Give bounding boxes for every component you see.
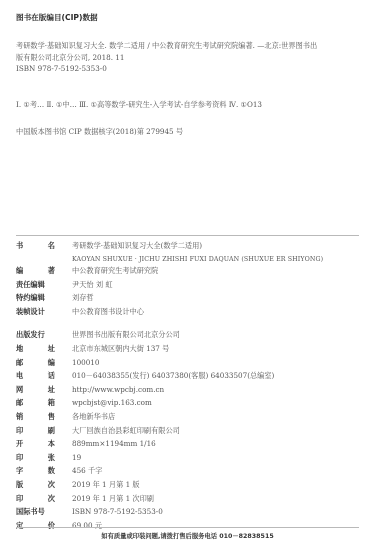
publication-metadata: 书名考研数学·基础知识复习大全(数学二适用)KAOYAN SHUXUE · JI… [16, 240, 361, 533]
metadata-label: 版次 [16, 479, 72, 491]
metadata-row: 销售各地新华书店 [16, 411, 361, 425]
metadata-value: 69.00 元 [72, 520, 102, 532]
metadata-row: 印次2019 年 1 月第 1 次印刷 [16, 493, 361, 507]
metadata-label: 电话 [16, 370, 72, 382]
metadata-row: 版次2019 年 1 月第 1 版 [16, 479, 361, 493]
metadata-label: 国际书号 [16, 506, 72, 518]
metadata-label: 地址 [16, 343, 72, 355]
metadata-row: 地址北京市东城区朝内大街 137 号 [16, 343, 361, 357]
metadata-row: 邮编100010 [16, 357, 361, 371]
metadata-row: 责任编辑尹天怡 刘 虹 [16, 279, 361, 293]
metadata-row: 装帧设计中公教育图书设计中心 [16, 306, 361, 320]
metadata-value: 刘存哲 [72, 292, 94, 304]
metadata-label: 定价 [16, 520, 72, 532]
metadata-value: 889mm×1194mm 1/16 [72, 438, 156, 450]
divider-top [16, 235, 359, 236]
metadata-label: 印张 [16, 452, 72, 464]
metadata-label: 印刷 [16, 425, 72, 437]
metadata-value: KAOYAN SHUXUE · JICHU ZHISHI FUXI DAQUAN… [72, 254, 323, 266]
metadata-row: 开本889mm×1194mm 1/16 [16, 438, 361, 452]
metadata-value: 中公教育图书设计中心 [72, 306, 144, 318]
metadata-row: 书名考研数学·基础知识复习大全(数学二适用) [16, 240, 361, 254]
metadata-label: 责任编辑 [16, 279, 72, 291]
service-hotline-note: 如有质量或印装问题,请拨打售后服务电话 010－82838515 [0, 531, 375, 540]
metadata-row: 电话010－64038355(发行) 64037380(客服) 64033507… [16, 370, 361, 384]
metadata-row: 网址http://www.wpcbj.com.cn [16, 384, 361, 398]
metadata-row: 编著中公教育研究生考试研究院 [16, 265, 361, 279]
metadata-row: 出版发行世界图书出版有限公司北京分公司 [16, 329, 361, 343]
metadata-value: 19 [72, 452, 81, 464]
cip-record-number: 中国版本图书馆 CIP 数据核字(2018)第 279945 号 [16, 127, 183, 137]
metadata-value: 尹天怡 刘 虹 [72, 279, 113, 291]
metadata-label: 开本 [16, 438, 72, 450]
metadata-row: 印刷大厂回族自治县彩虹印刷有限公司 [16, 425, 361, 439]
metadata-value: ISBN 978-7-5192-5353-0 [72, 506, 163, 518]
metadata-label: 网址 [16, 384, 72, 396]
metadata-row: 国际书号ISBN 978-7-5192-5353-0 [16, 506, 361, 520]
metadata-value: 北京市东城区朝内大街 137 号 [72, 343, 169, 355]
metadata-label: 书名 [16, 240, 72, 252]
divider-bottom [16, 527, 359, 528]
metadata-value: 各地新华书店 [72, 411, 115, 423]
metadata-label: 印次 [16, 493, 72, 505]
cip-entry: 考研数学·基础知识复习大全. 数学二适用 / 中公教育研究生考试研究院编著. —… [16, 40, 361, 75]
metadata-row: 字数456 千字 [16, 465, 361, 479]
metadata-label: 销售 [16, 411, 72, 423]
metadata-row: 特约编辑刘存哲 [16, 292, 361, 306]
metadata-value: 中公教育研究生考试研究院 [72, 265, 158, 277]
metadata-value: 456 千字 [72, 465, 102, 477]
cip-classification: Ⅰ. ①考… Ⅱ. ①中… Ⅲ. ①高等数学-研究生-入学考试-自学参考资料 Ⅳ… [16, 100, 262, 110]
cip-line: 考研数学·基础知识复习大全. 数学二适用 / 中公教育研究生考试研究院编著. —… [16, 40, 361, 52]
metadata-value: 010－64038355(发行) 64037380(客服) 64033507(总… [72, 370, 274, 382]
metadata-label: 邮编 [16, 357, 72, 369]
metadata-value: wpcbjst@vip.163.com [72, 397, 152, 409]
metadata-label: 特约编辑 [16, 292, 72, 304]
metadata-value: 2019 年 1 月第 1 版 [72, 479, 140, 491]
metadata-value: 100010 [72, 357, 99, 369]
metadata-label: 字数 [16, 465, 72, 477]
metadata-value: 大厂回族自治县彩虹印刷有限公司 [72, 425, 180, 437]
metadata-row: KAOYAN SHUXUE · JICHU ZHISHI FUXI DAQUAN… [16, 254, 361, 266]
cip-line: 版有限公司北京分公司, 2018. 11 [16, 52, 361, 64]
cip-heading: 图书在版编目(CIP)数据 [16, 12, 98, 23]
cip-line: ISBN 978-7-5192-5353-0 [16, 63, 361, 75]
metadata-row: 印张19 [16, 452, 361, 466]
metadata-row: 邮箱wpcbjst@vip.163.com [16, 397, 361, 411]
metadata-label: 编著 [16, 265, 72, 277]
metadata-label: 装帧设计 [16, 306, 72, 318]
metadata-value: 2019 年 1 月第 1 次印刷 [72, 493, 154, 505]
section-gap [16, 319, 361, 329]
metadata-value: 世界图书出版有限公司北京分公司 [72, 329, 180, 341]
metadata-label: 邮箱 [16, 397, 72, 409]
metadata-value: 考研数学·基础知识复习大全(数学二适用) [72, 240, 202, 252]
metadata-value: http://www.wpcbj.com.cn [72, 384, 164, 396]
metadata-label: 出版发行 [16, 329, 72, 341]
